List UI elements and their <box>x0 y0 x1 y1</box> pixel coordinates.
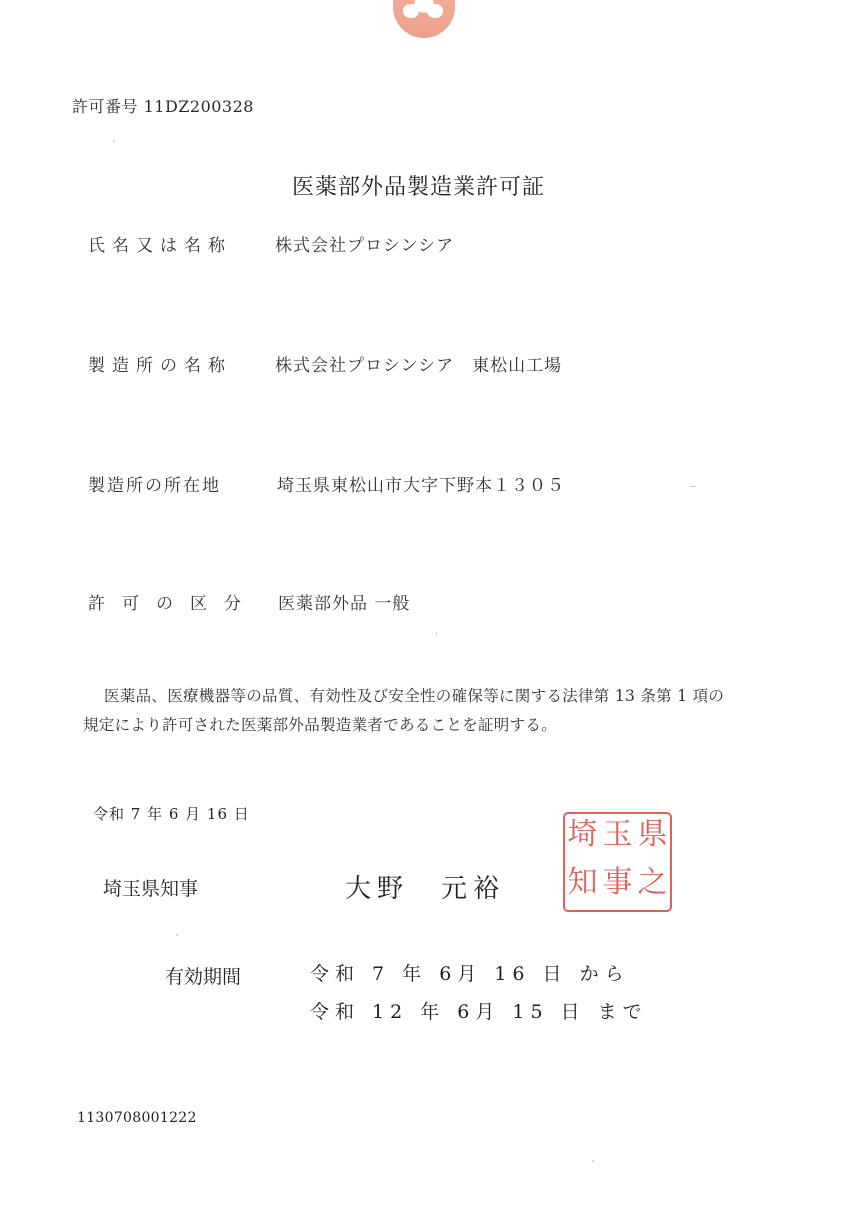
issue-date: 令和 7 年 6 月 16 日 <box>93 803 250 824</box>
seal-char: 埼 <box>565 814 600 862</box>
validity-label: 有効期間 <box>165 962 241 989</box>
scan-speck <box>592 1160 594 1162</box>
certification-text-line-1: 医薬品、医療機器等の品質、有効性及び安全性の確保等に関する法律第 13 条第 1… <box>104 684 724 706</box>
validity-to: 令和 12 年 6月 15 日 まで <box>310 997 648 1024</box>
field-label-name: 氏名又は名称 <box>88 231 232 256</box>
seal-char: 玉 <box>600 814 635 862</box>
official-seal-icon: 県 玉 埼 之 事 知 <box>563 812 672 912</box>
issuer-name: 大野 元裕 <box>345 868 505 905</box>
scan-speck <box>113 140 115 142</box>
field-value-permit-category: 医薬部外品 一般 <box>278 589 410 614</box>
serial-number: 1130708001222 <box>77 1110 197 1126</box>
certification-text-line-2: 規定により許可された医薬部外品製造業者であることを証明する。 <box>83 713 557 735</box>
scan-speck <box>436 632 437 635</box>
document-title: 医薬部外品製造業許可証 <box>292 170 545 201</box>
field-value-name: 株式会社プロシンシア <box>275 231 454 256</box>
validity-from: 令和 7 年 6月 16 日 から <box>310 959 630 986</box>
field-value-factory-name: 株式会社プロシンシア 東松山工場 <box>275 351 562 376</box>
seal-char: 事 <box>600 862 635 910</box>
seal-char: 県 <box>635 814 670 862</box>
seal-char: 知 <box>565 862 600 910</box>
field-value-factory-address: 埼玉県東松山市大字下野本１３０５ <box>277 471 565 496</box>
seal-char: 之 <box>635 862 670 910</box>
top-seal-fragment <box>393 0 455 38</box>
issuer-title: 埼玉県知事 <box>103 874 198 901</box>
permit-number: 許可番号 11DZ200328 <box>72 94 254 117</box>
field-label-factory-address: 製造所の所在地 <box>88 471 221 496</box>
scan-speck <box>176 934 178 936</box>
scan-speck <box>690 486 696 487</box>
field-label-permit-category: 許可の区分 <box>88 589 258 614</box>
field-label-factory-name: 製造所の名称 <box>88 351 232 376</box>
